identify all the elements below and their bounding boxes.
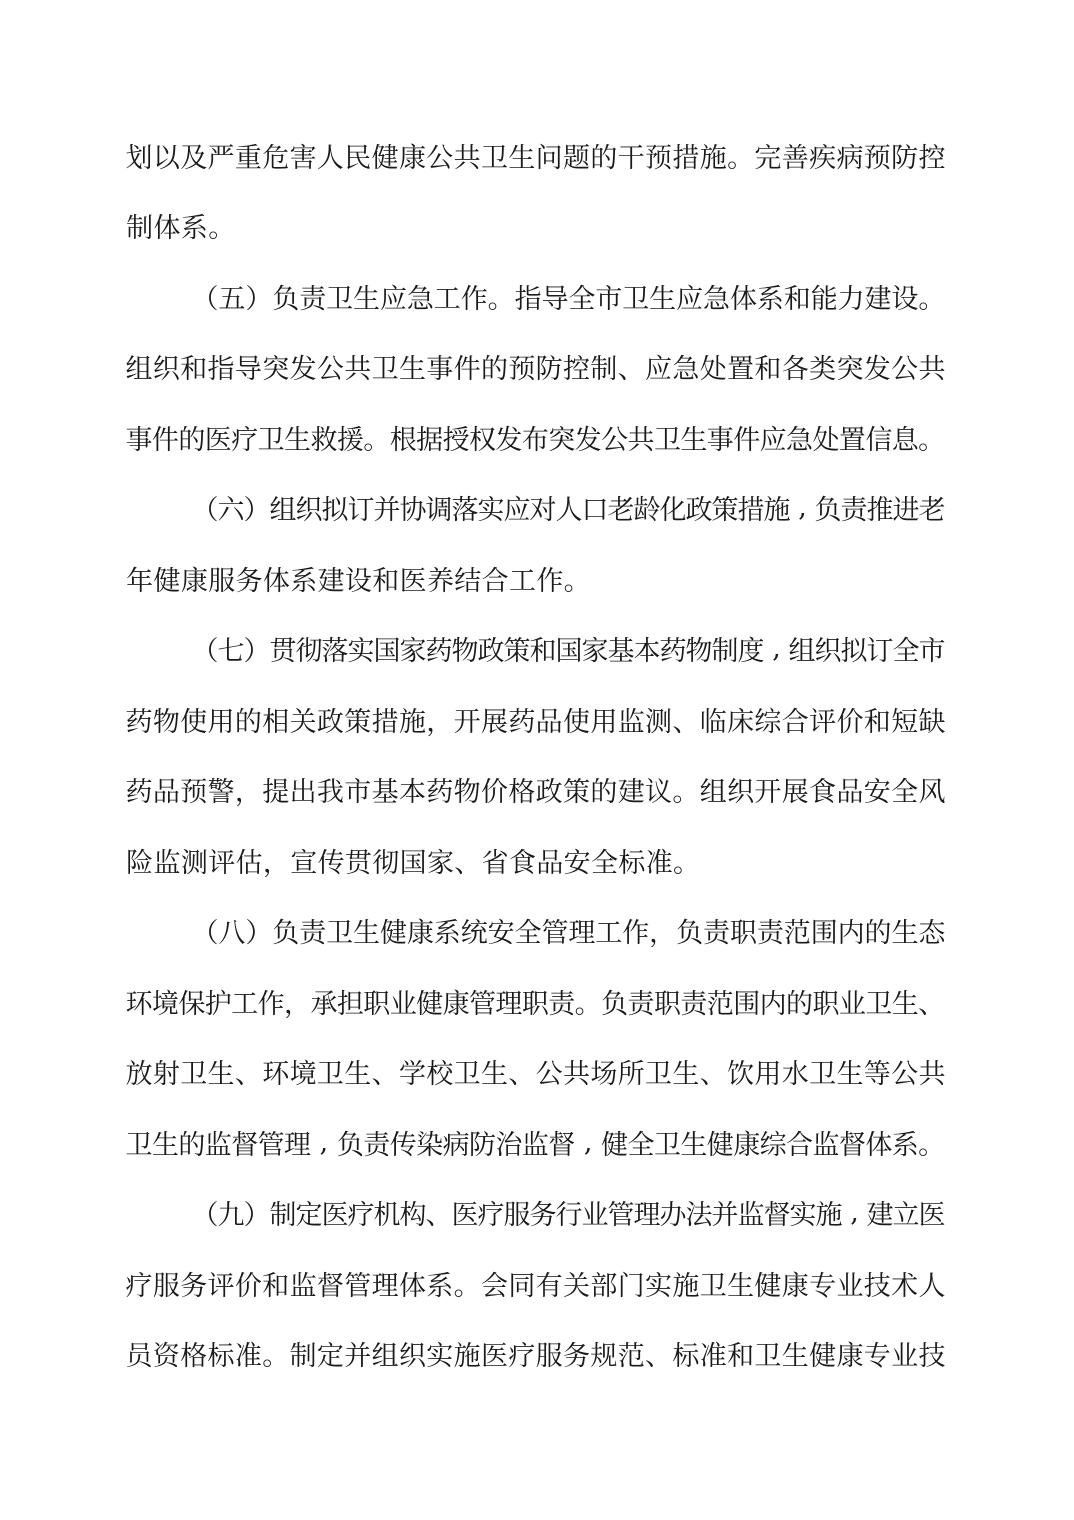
text-char: 合 [787,1123,813,1162]
text-char: 的 [591,136,617,175]
text-char: 健 [380,911,406,950]
text-char: 制 [591,347,617,386]
text-char: 生 [681,1123,707,1162]
text-char: 监 [153,841,180,880]
text-char: 组 [372,1334,398,1373]
text-char: 合 [782,700,808,739]
text-char: 工 [232,982,258,1021]
text-char: 责 [364,1123,390,1162]
text-char: 体 [730,277,756,316]
text-char: 划 [126,136,152,175]
text-char: 。 [919,277,945,316]
text-char: 和 [181,347,207,386]
text-char: 六 [218,488,244,527]
text-char: 责 [841,488,867,527]
text-char: 贯 [270,629,296,668]
text-char: 实 [478,488,504,527]
text-char: 范 [707,982,733,1021]
text-char: 预 [509,347,535,386]
text-char: 疾 [810,136,836,175]
text-char: 贯 [345,841,372,880]
text-char: 卫 [454,1052,480,1091]
text-char: 、 [235,1052,261,1091]
text-char: 管 [345,1264,371,1303]
text-char: 作 [536,559,563,598]
text-char: 八 [219,911,245,950]
text-char: 围 [734,982,760,1021]
text-char: 系 [181,206,208,245]
text-char: 监 [522,1123,548,1162]
text-char: 有 [536,1264,562,1303]
text-char: 责 [549,982,575,1021]
text-char: 理 [496,982,522,1021]
text-char: 。 [673,770,699,809]
text-char: 规 [591,1334,617,1373]
text-char: 责 [300,911,326,950]
text-char: 药 [126,770,152,809]
text-char: 和 [263,1264,289,1303]
text-char: 发 [864,347,890,386]
text-char: 康 [407,911,433,950]
text-char: 共 [628,418,654,457]
text-char: 、 [454,841,481,880]
text-char: 服 [153,1264,179,1303]
text-char: 风 [919,770,945,809]
text-char: 共 [454,136,480,175]
text-char: 治 [496,1123,522,1162]
text-char: 员 [126,1334,152,1373]
text-char: 权 [469,418,495,457]
text-char: 务 [235,559,262,598]
text-char: 技 [864,1264,890,1303]
text-char: 负 [677,911,703,950]
text-char: 措 [372,700,398,739]
text-char: （ [192,1193,218,1232]
text-char: 突 [837,347,863,386]
text-char: 件 [454,347,480,386]
text-char: 医 [481,1334,507,1373]
text-char: 相 [263,700,289,739]
text-char: 事 [126,418,152,457]
text-char: 展 [782,770,808,809]
text-char: 的 [179,1123,205,1162]
text-char: 并 [374,488,400,527]
text-char: 的 [591,770,617,809]
text-char: 。 [364,418,390,457]
text-char: 卫 [481,136,507,175]
text-char: 标 [673,1334,699,1373]
text-char: 。 [673,841,700,880]
text-char: 卫 [372,347,398,386]
text-char: 导 [542,277,568,316]
text-char: , [842,1197,867,1228]
text-char: 彻 [372,841,399,880]
text-char: 。 [263,1334,289,1373]
text-char: 职 [522,982,548,1021]
text-char: 医 [322,1193,348,1232]
text-char: 用 [208,700,234,739]
text-char: 部 [591,1264,617,1303]
text-char: 疗 [509,1334,535,1373]
text-char: 估 [235,841,262,880]
text-char: 生 [208,1052,234,1091]
text-char: 题 [564,136,590,175]
text-line: 药物使用的相关政策措施，开展药品使用监测、临床综合评价和短缺 [126,684,945,755]
text-char: 施 [816,1193,842,1232]
text-char: 。 [728,136,754,175]
text-char: 医 [205,418,231,457]
text-char: 责 [757,911,783,950]
text-char: 进 [893,488,919,527]
text-char: 以 [153,136,179,175]
text-char: 业 [582,1193,608,1232]
text-char: 拟 [841,629,867,668]
text-char: 关 [564,1264,590,1303]
text-char: 生 [354,911,380,950]
text-char: 监 [618,700,644,739]
text-char: 物 [153,700,179,739]
text-char: 责 [704,911,730,950]
text-char: 生 [345,1052,371,1091]
text-char: 卫 [623,277,649,316]
text-char: 卫 [654,1123,680,1162]
text-line: 组织和指导突发公共卫生事件的预防控制、应急处置和各类突发公共 [126,332,945,403]
text-line: （九）制定医疗机构、医疗服务行业管理办法并监督实施,建立医 [126,1178,945,1249]
text-char: 职 [654,982,680,1021]
text-char: 评 [208,841,235,880]
text-char: 同 [509,1264,535,1303]
text-char: 五 [219,277,245,316]
text-char: 健 [417,982,443,1021]
text-char: 并 [712,1193,738,1232]
text-char: 品 [153,770,179,809]
text-char: 工 [509,559,536,598]
text-char: 制 [712,629,738,668]
text-line: （六）组织拟订并协调落实应对人口老龄化政策措施,负责推进老 [126,473,945,544]
text-char: 格 [181,1334,207,1373]
text-char: 疗 [478,1193,504,1232]
text-char: 国 [556,629,582,668]
text-char: 卫 [126,1123,152,1162]
text-char: 管 [608,1193,634,1232]
text-char: 施 [700,136,726,175]
text-char: 危 [263,136,289,175]
text-char: 织 [153,347,179,386]
text-line: 事件的医疗卫生救援。根据授权发布突发公共卫生事件应急处置信息。 [126,402,945,473]
text-char: 施 [454,1334,480,1373]
text-char: 卫 [258,418,284,457]
text-char: 担 [337,982,363,1021]
text-char: 理 [569,911,595,950]
text-char: 件 [734,418,760,457]
text-char: 范 [618,1334,644,1373]
text-char: 督 [232,1123,258,1162]
text-char: 传 [317,841,344,880]
text-char: 市 [345,770,371,809]
text-char: 综 [755,700,781,739]
text-char: 及 [181,136,207,175]
text-char: 老 [608,488,634,527]
text-char: 承 [311,982,337,1021]
text-char: 市 [596,277,622,316]
text-char: 放 [126,1052,152,1091]
text-char: 和 [372,559,399,598]
text-char: 公 [602,418,628,457]
text-char: 卫 [317,1052,343,1091]
text-char: 医 [452,1193,478,1232]
text-char: 公 [536,1052,562,1091]
text-char: 人 [317,136,343,175]
text-char: 全 [591,841,618,880]
text-char: 件 [152,418,178,457]
text-char: ， [263,841,290,880]
text-char: 术 [892,1264,918,1303]
text-char: 根 [390,418,416,457]
text-char: 负 [273,277,299,316]
text-char: 置 [728,347,754,386]
text-char: 系 [427,1264,453,1303]
text-char: 拟 [322,488,348,527]
text-char: 政 [536,770,562,809]
text-char: 生 [892,911,918,950]
text-char: 物 [686,629,712,668]
text-char: 订 [867,629,893,668]
text-char: 医 [399,559,426,598]
text-char: 建 [317,559,344,598]
text-char: 授 [443,418,469,457]
text-char: 突 [549,418,575,457]
text-char: 统 [461,911,487,950]
text-char: 生 [673,1052,699,1091]
text-char: 组 [270,488,296,527]
text-char: 境 [290,1052,316,1091]
text-char: 基 [372,770,398,809]
text-char: 生 [782,1334,808,1373]
text-char: ） [244,488,270,527]
text-char: 理 [634,1193,660,1232]
text-char: 家 [427,841,454,880]
text-char: 控 [564,347,590,386]
text-line: 药品预警，提出我市基本药物价格政策的建议。组织开展食品安全风 [126,755,945,826]
text-char: 策 [504,629,530,668]
text-char: 、 [372,1052,398,1091]
text-char: 各 [782,347,808,386]
text-char: 和 [728,1334,754,1373]
text-char: 开 [755,770,781,809]
text-char: 指 [515,277,541,316]
text-char: 组 [126,347,152,386]
text-char: 体 [153,206,180,245]
text-char: 害 [290,136,316,175]
text-char: 事 [427,347,453,386]
text-char: 人 [556,488,582,527]
text-char: 政 [686,488,712,527]
text-line: 划以及严重危害人民健康公共卫生问题的干预措施。完善疾病预防控 [126,120,945,191]
text-char: 息 [892,418,918,457]
text-char: 作 [623,911,649,950]
text-char: 业 [892,1334,918,1373]
text-char: 康 [181,559,208,598]
text-char: 应 [504,488,530,527]
text-char: 和 [864,700,890,739]
text-char: 措 [673,136,699,175]
text-char: 务 [181,1264,207,1303]
text-char: 组 [700,770,726,809]
text-char: 公 [317,347,343,386]
text-char: 设 [892,277,918,316]
text-char: 本 [634,629,660,668]
text-char: 生 [728,1264,754,1303]
text-char: 本 [399,770,425,809]
text-char: 干 [618,136,644,175]
text-char: 生 [481,1052,507,1091]
text-char: 全 [569,277,595,316]
text-char: 实 [790,1193,816,1232]
text-char: 校 [427,1052,453,1091]
text-char: 监 [738,1193,764,1232]
text-line: 员资格标准。制定并组织实施医疗服务规范、标准和卫生健康专业技 [126,1319,945,1390]
text-char: 等 [864,1052,890,1091]
text-char: 处 [813,418,839,457]
text-char: 安 [488,911,514,950]
text-char: 发 [496,418,522,457]
text-char: 职 [730,911,756,950]
text-char: 品 [837,770,863,809]
text-char: 工 [596,911,622,950]
text-char: 开 [454,700,480,739]
text-char: 定 [317,1334,343,1373]
text-char: 协 [400,488,426,527]
text-char: 置 [839,418,865,457]
text-char: 立 [893,1193,919,1232]
text-char: 内 [760,982,786,1021]
text-char: 病 [443,1123,469,1162]
text-char: 应 [760,418,786,457]
text-char: 使 [181,700,207,739]
text-char: 发 [575,418,601,457]
text-char: 监 [205,1123,231,1162]
text-char: 技 [919,1334,945,1373]
text-char: 落 [452,488,478,527]
text-char: 卫 [810,1052,836,1091]
text-char: 测 [646,700,672,739]
text-char: 组 [789,629,815,668]
text-char: 设 [345,559,372,598]
text-char: 预 [646,136,672,175]
text-char: 人 [919,1264,945,1303]
text-char: 严 [208,136,234,175]
text-char: 准 [646,841,673,880]
text-char: 防 [536,347,562,386]
text-char: 卫 [327,911,353,950]
text-char: 预 [864,136,890,175]
text-char: 生 [892,982,918,1021]
text-char: 管 [258,1123,284,1162]
text-char: 险 [126,841,153,880]
text-char: 务 [564,1334,590,1373]
text-char: 卫 [646,1052,672,1091]
text-char: 资 [153,1334,179,1373]
text-char: 建 [867,1193,893,1232]
text-char: 急 [704,277,730,316]
text-char: 警 [208,770,234,809]
text-char: 策 [345,700,371,739]
text-char: 监 [290,1264,316,1303]
text-char: 关 [290,700,316,739]
text-char: 生 [285,418,311,457]
text-char: 。 [208,206,235,245]
text-char: 负 [815,488,841,527]
text-char: 省 [481,841,508,880]
text-char: 展 [481,700,507,739]
text-char: 安 [864,770,890,809]
text-char: 、 [426,1193,452,1232]
text-char: 国 [374,629,400,668]
text-char: 、 [673,700,699,739]
text-char: 施 [399,700,425,739]
text-char: 务 [530,1193,556,1232]
text-char: 门 [618,1264,644,1303]
text-char: 食 [810,770,836,809]
text-char: （ [192,277,218,316]
text-char: （ [192,629,218,668]
text-char: 健 [810,1334,836,1373]
text-char: 基 [608,629,634,668]
text-char: ， [650,911,676,950]
text-char: 的 [865,911,891,950]
text-char: 责 [300,277,326,316]
text-char: 年 [126,559,153,598]
text-char: 出 [290,770,316,809]
text-char: 急 [407,277,433,316]
text-char: 价 [235,1264,261,1303]
text-char: 监 [813,1123,839,1162]
text-char: 系 [892,1123,918,1162]
text-char: 业 [837,1264,863,1303]
text-char: 业 [839,982,865,1021]
text-char: 织 [296,488,322,527]
text-char: 、 [509,1052,535,1091]
text-line: 放射卫生、环境卫生、学校卫生、公共场所卫生、饮用水卫生等公共 [126,1037,945,1108]
text-char: 内 [838,911,864,950]
text-char: 体 [866,1123,892,1162]
text-char: 卫 [755,1334,781,1373]
document-page: 划以及严重危害人民健康公共卫生问题的干预措施。完善疾病预防控制体系。（五）负责卫… [0,0,1074,1520]
text-char: 处 [700,347,726,386]
text-char: 生 [354,277,380,316]
text-char: 构 [400,1193,426,1232]
text-char: 负 [602,982,628,1021]
text-char: 化 [660,488,686,527]
text-char: 政 [478,629,504,668]
text-char: ， [427,700,453,739]
text-char: 织 [399,1334,425,1373]
text-char: 卫 [181,1052,207,1091]
text-char: 对 [530,488,556,527]
text-char: 生 [681,418,707,457]
text-char: 测 [181,841,208,880]
text-char: 环 [263,1052,289,1091]
text-line: 制体系。 [126,191,945,262]
text-char: 机 [374,1193,400,1232]
text-char: 共 [564,1052,590,1091]
text-char: 措 [738,488,764,527]
text-char: 应 [380,277,406,316]
text-char: 卫 [654,418,680,457]
text-char: 预 [181,770,207,809]
text-char: 、 [618,347,644,386]
text-char: 生 [837,1052,863,1091]
